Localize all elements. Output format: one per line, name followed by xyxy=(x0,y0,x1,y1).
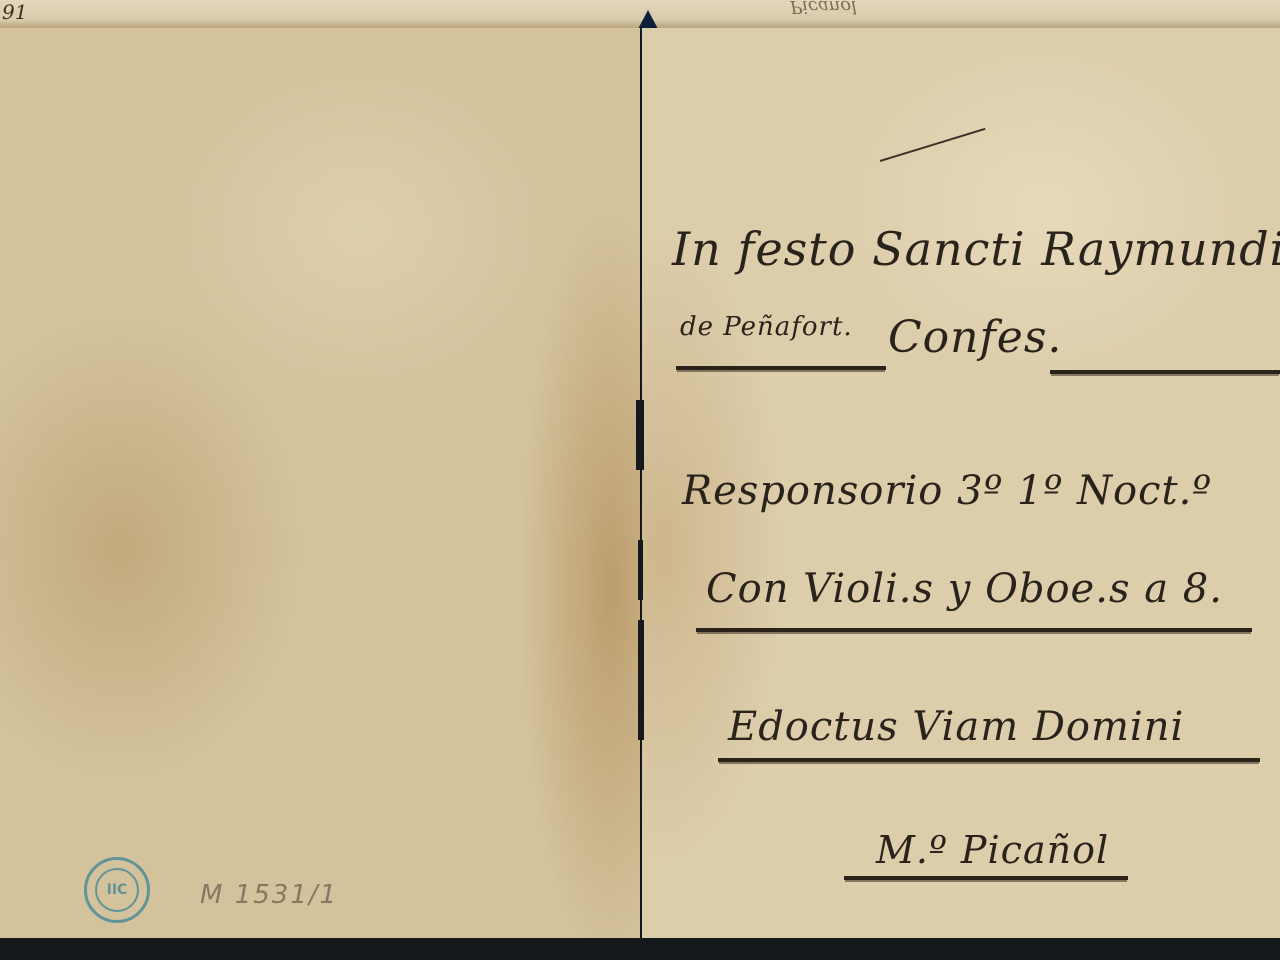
composer-name: M.º Picañol xyxy=(876,828,1109,872)
library-stamp-icon: IIC xyxy=(84,857,150,923)
stamp-text: IIC xyxy=(107,882,128,898)
title-line-4: Con Violi.s y Oboe.s a 8. xyxy=(706,566,1223,612)
underline xyxy=(696,628,1252,632)
corner-folio-mark: 91 xyxy=(2,0,27,24)
shelfmark: M 1531/1 xyxy=(200,880,338,910)
title-line-2a: de Peñafort. xyxy=(680,312,853,342)
title-line-2b: Confes. xyxy=(888,312,1062,363)
underline xyxy=(844,876,1128,880)
underline xyxy=(1050,370,1280,374)
spine-tear xyxy=(638,620,644,740)
left-page xyxy=(0,28,640,938)
underline xyxy=(718,758,1260,762)
title-line-5: Edoctus Viam Domini xyxy=(728,704,1184,750)
upside-down-inscription: Picanol xyxy=(790,0,857,17)
spine-tear xyxy=(638,540,643,600)
spine-tear xyxy=(636,400,644,470)
underline xyxy=(676,366,886,370)
title-line-1: In festo Sancti Raymundi xyxy=(672,222,1280,276)
top-folded-strip: Picanol xyxy=(0,0,1280,28)
title-line-3: Responsorio 3º 1º Noct.º xyxy=(682,468,1212,514)
scan-bottom-edge xyxy=(0,938,1280,960)
